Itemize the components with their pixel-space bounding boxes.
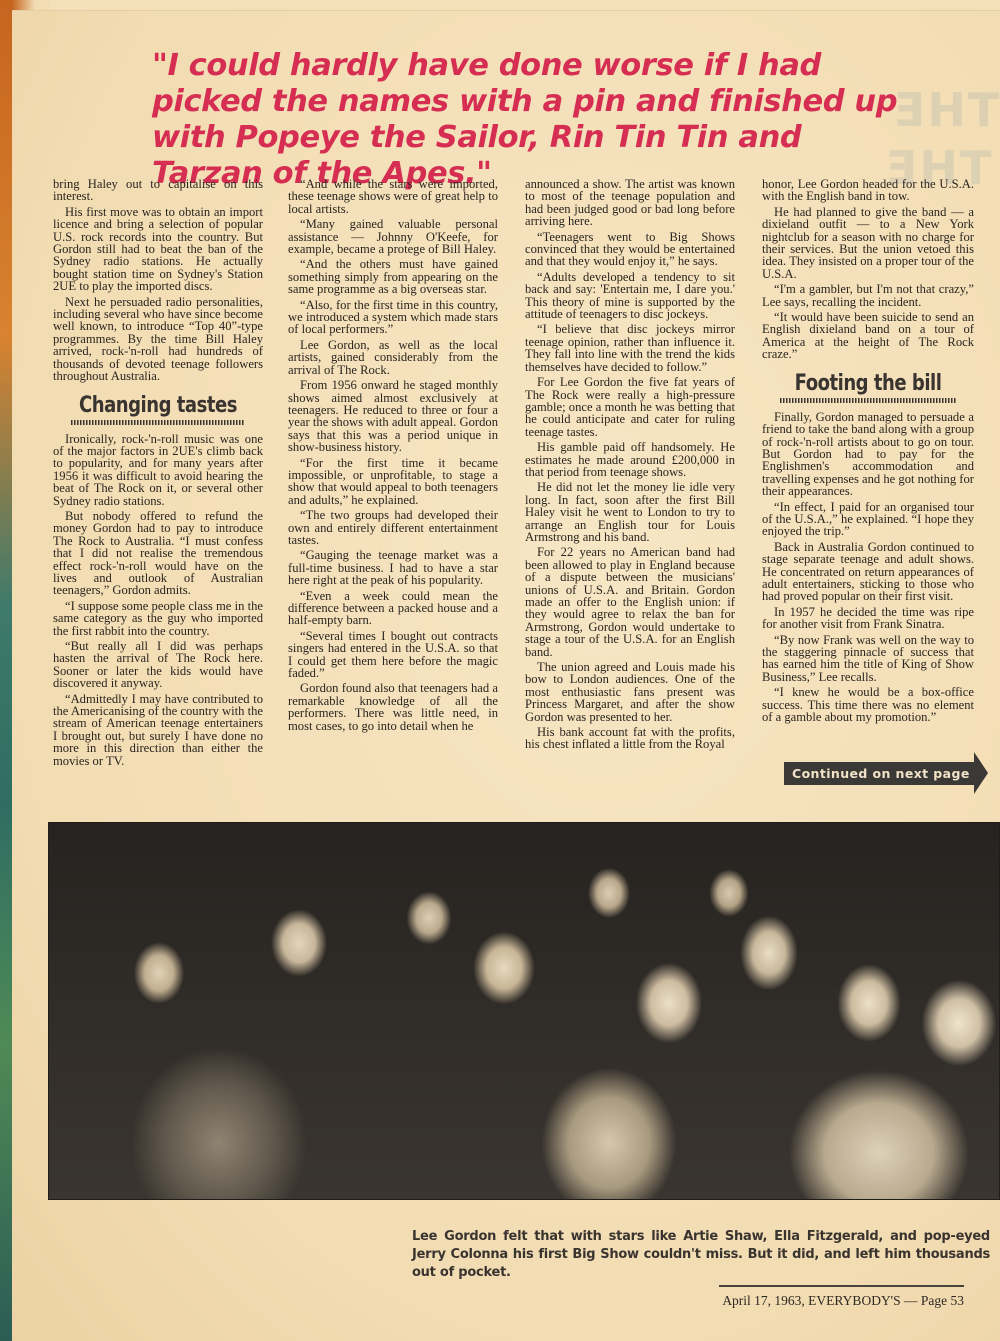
paragraph: “I'm a gambler, but I'm not that crazy,”… [762, 283, 974, 308]
paragraph: But nobody offered to refund the money G… [53, 510, 263, 597]
paragraph: “Adults developed a tendency to sit back… [525, 271, 735, 321]
paragraph: “Gauging the teenage market was a full-t… [288, 549, 498, 586]
paragraph: “For the first time it became impossible… [288, 457, 498, 507]
paragraph: Finally, Gordon managed to persuade a fr… [762, 411, 974, 498]
paragraph: “Even a week could mean the difference b… [288, 590, 498, 627]
paragraph: announced a show. The artist was known t… [525, 178, 735, 228]
paragraph: Ironically, rock-'n-roll music was one o… [53, 433, 263, 507]
paragraph: “By now Frank was well on the way to the… [762, 634, 974, 684]
page-footer: April 17, 1963, EVERYBODY'S — Page 53 [719, 1293, 964, 1309]
photo-caption: Lee Gordon felt that with stars like Art… [412, 1228, 990, 1282]
paragraph: Lee Gordon, as well as the local artists… [288, 339, 498, 376]
subheading-footing-the-bill: Footing the bill [781, 371, 955, 397]
paragraph: His gamble paid off handsomely. He estim… [525, 441, 735, 478]
paragraph: “Many gained valuable personal assistanc… [288, 218, 498, 255]
paragraph: “Also, for the first time in this countr… [288, 299, 498, 336]
arrow-right-icon [974, 752, 988, 794]
pull-quote: "I could hardly have done worse if I had… [152, 48, 912, 192]
paragraph: He did not let the money lie idle very l… [525, 481, 735, 543]
paragraph: Back in Australia Gordon continued to st… [762, 541, 974, 603]
article-column-1: bring Haley out to capitalise on this in… [53, 178, 263, 770]
paragraph: “In effect, I paid for an organised tour… [762, 501, 974, 538]
paragraph: “I knew he would be a box-office success… [762, 686, 974, 723]
paragraph: “And the others must have gained somethi… [288, 258, 498, 295]
paragraph: bring Haley out to capitalise on this in… [53, 178, 263, 203]
paragraph: For 22 years no American band had been a… [525, 546, 735, 658]
paragraph: “Admittedly I may have contributed to th… [53, 693, 263, 767]
paragraph: Gordon found also that teenagers had a r… [288, 682, 498, 732]
paragraph: The union agreed and Louis made his bow … [525, 661, 735, 723]
paragraph: His bank account fat with the profits, h… [525, 726, 735, 751]
paragraph: For Lee Gordon the five fat years of The… [525, 376, 735, 438]
crowd-photograph [48, 822, 1000, 1200]
paragraph: “And while the stars were imported, thes… [288, 178, 498, 215]
article-column-2: “And while the stars were imported, thes… [288, 178, 498, 735]
paragraph: Next he persuaded radio personalities, i… [53, 296, 263, 383]
continued-label: Continued on next page [784, 762, 974, 785]
paragraph: “It would have been suicide to send an E… [762, 311, 974, 361]
paragraph: His first move was to obtain an import l… [53, 206, 263, 293]
footer-rule [719, 1285, 964, 1287]
article-column-4: honor, Lee Gordon headed for the U.S.A. … [762, 178, 974, 726]
paragraph: “Several times I bought out contracts si… [288, 630, 498, 680]
paragraph: From 1956 onward he staged monthly shows… [288, 379, 498, 453]
subheading-changing-tastes: Changing tastes [72, 393, 244, 419]
continued-on-next-page-banner: Continued on next page [784, 752, 988, 794]
paragraph: honor, Lee Gordon headed for the U.S.A. … [762, 178, 974, 203]
article-column-3: announced a show. The artist was known t… [525, 178, 735, 754]
paragraph: “I suppose some people class me in the s… [53, 600, 263, 637]
subheading-rule [780, 398, 956, 403]
paragraph: In 1957 he decided the time was ripe for… [762, 606, 974, 631]
paragraph: “Teenagers went to Big Shows convinced t… [525, 231, 735, 268]
paragraph: He had planned to give the band — a dixi… [762, 206, 974, 280]
subheading-rule [71, 420, 245, 425]
paragraph: “But really all I did was perhaps hasten… [53, 640, 263, 690]
paragraph: “The two groups had developed their own … [288, 509, 498, 546]
paragraph: “I believe that disc jockeys mirror teen… [525, 323, 735, 373]
